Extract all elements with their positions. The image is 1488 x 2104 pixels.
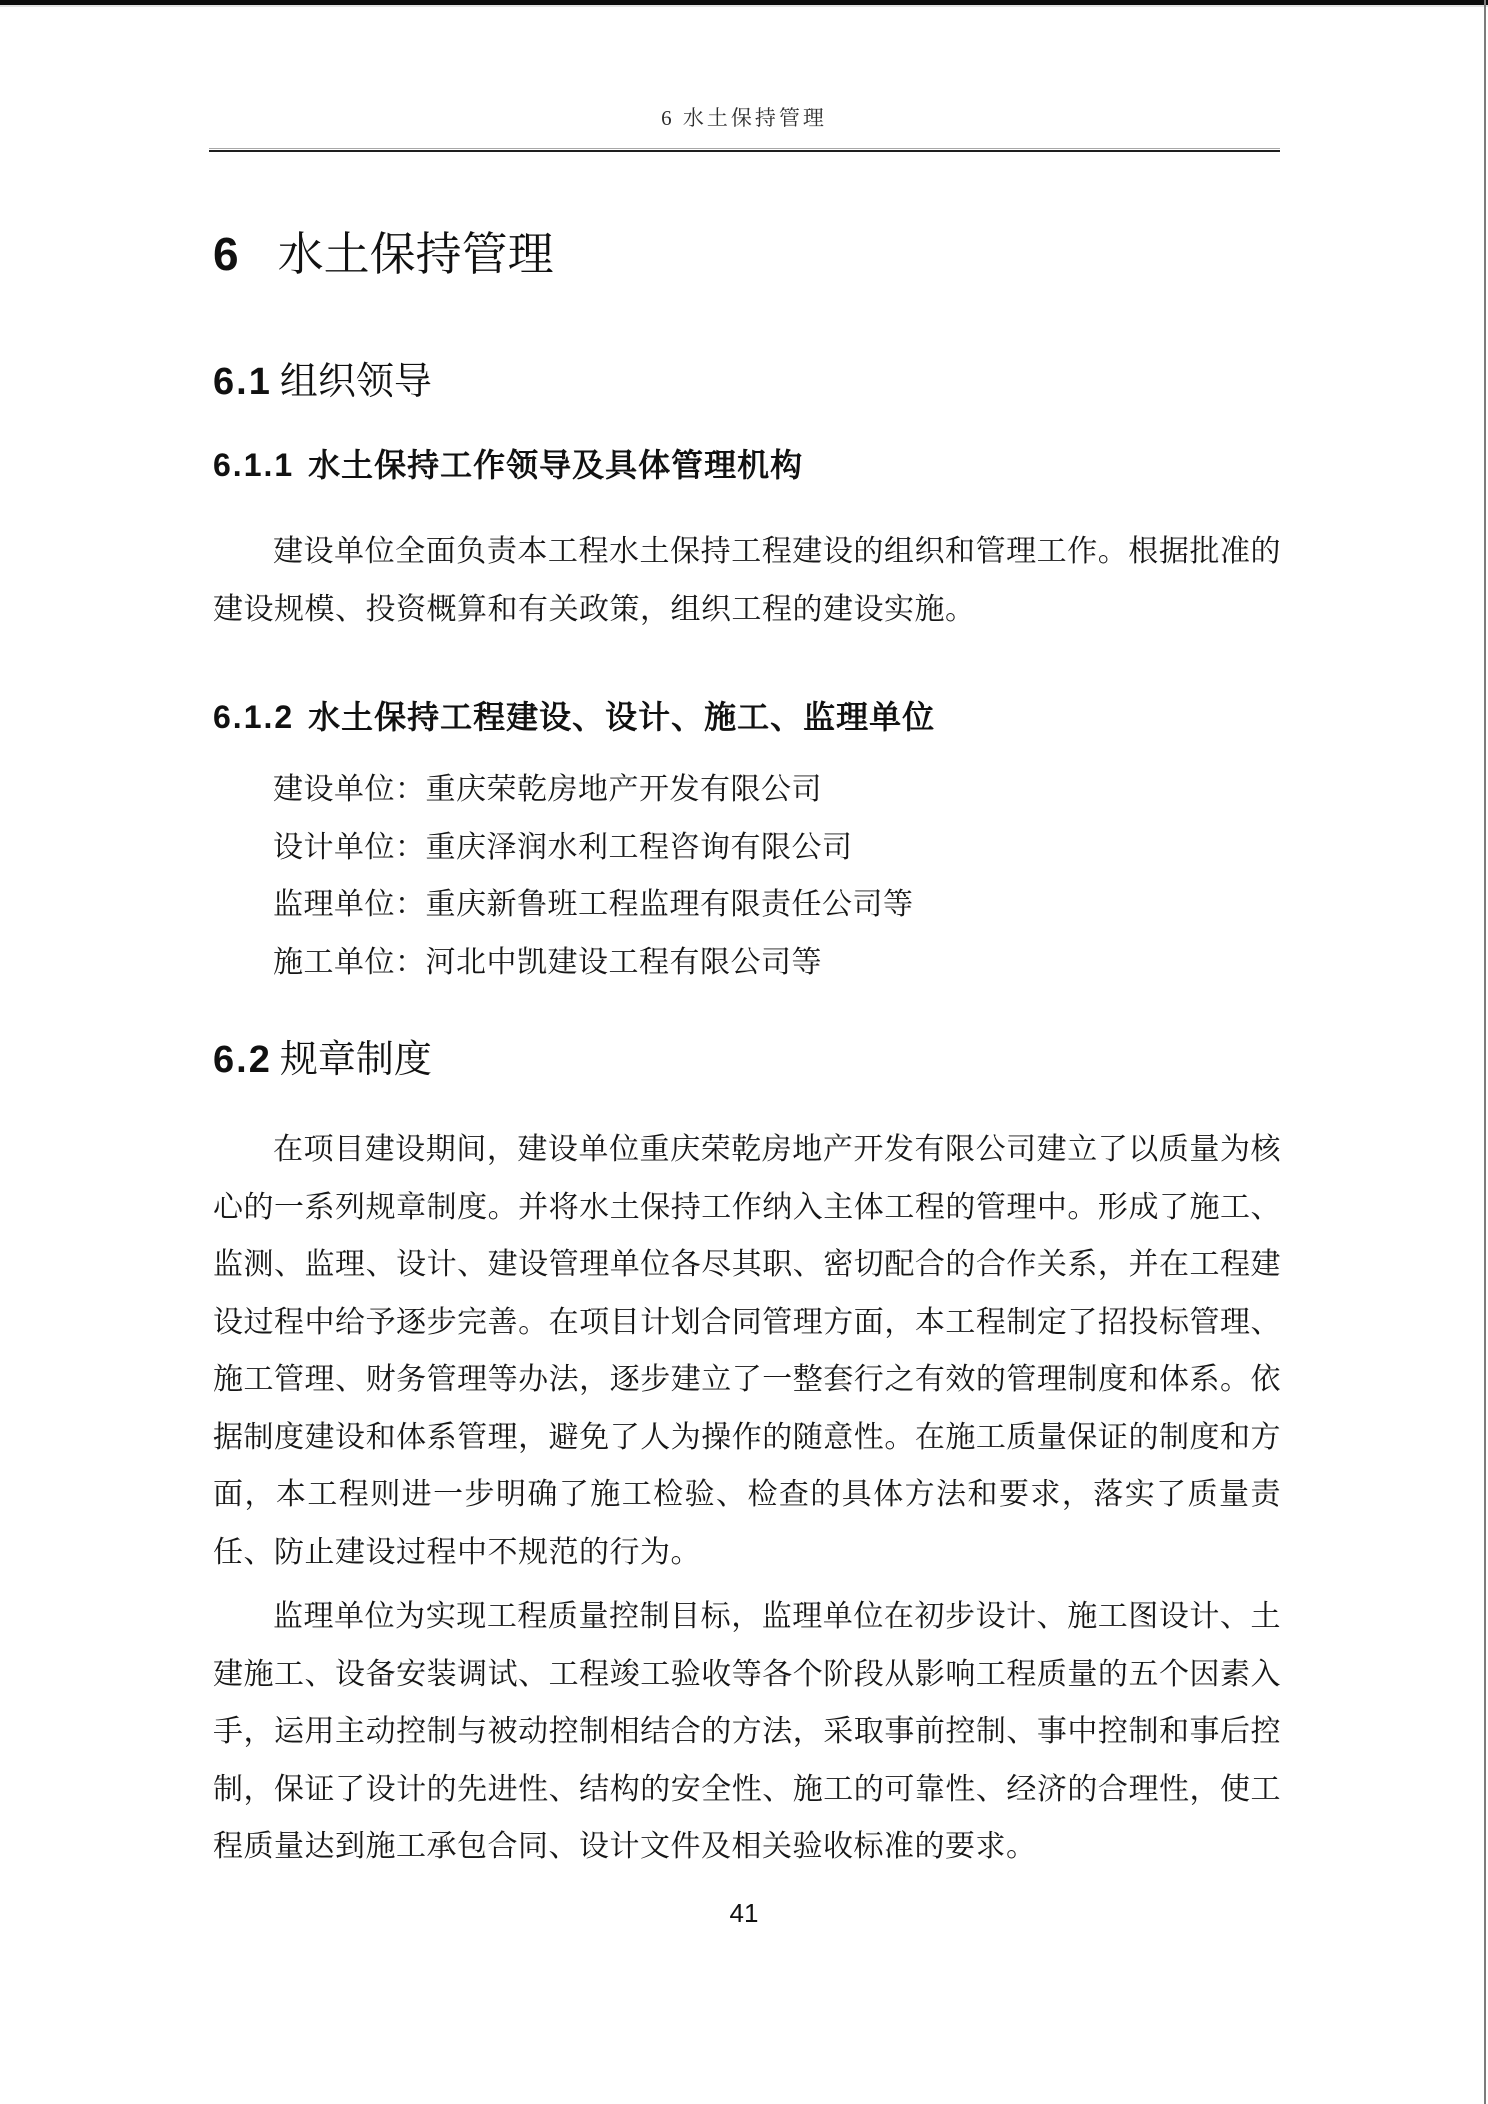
header-rule xyxy=(209,148,1280,152)
subsection-6-1-2-title-text: 水土保持工程建设、设计、施工、监理单位 xyxy=(308,699,935,735)
section-6-2-title-text: 规章制度 xyxy=(280,1039,432,1081)
document-page: 6 水土保持管理 6水土保持管理 6.1组织领导 6.1.1水土保持工作领导及具… xyxy=(0,0,1488,2104)
paragraph-6-2-first: 在项目建设期间，建设单位重庆荣乾房地产开发有限公司建立了以质量为核心的一系列规章… xyxy=(213,1121,1281,1581)
chapter-number: 6 xyxy=(213,228,240,280)
section-6-1-title-text: 组织领导 xyxy=(280,361,432,403)
list-item: 设计单位：重庆泽润水利工程咨询有限公司 xyxy=(213,819,1281,877)
subsection-6-1-1-number: 6.1.1 xyxy=(213,447,294,483)
section-heading-6-1: 6.1组织领导 xyxy=(213,358,432,406)
paragraph-6-1-1: 建设单位全面负责本工程水土保持工程建设的组织和管理工作。根据批准的建设规模、投资… xyxy=(213,523,1281,638)
paragraph-6-2-second: 监理单位为实现工程质量控制目标，监理单位在初步设计、施工图设计、土建施工、设备安… xyxy=(213,1588,1281,1876)
scan-right-edge-line xyxy=(1484,0,1486,2104)
list-item: 施工单位：河北中凯建设工程有限公司等 xyxy=(213,934,1281,992)
section-6-2-number: 6.2 xyxy=(213,1039,272,1081)
chapter-title-text: 水土保持管理 xyxy=(278,228,554,280)
chapter-title: 6水土保持管理 xyxy=(213,226,554,282)
subsection-6-1-2-number: 6.1.2 xyxy=(213,699,294,735)
list-item: 监理单位：重庆新鲁班工程监理有限责任公司等 xyxy=(213,876,1281,934)
list-item: 建设单位：重庆荣乾房地产开发有限公司 xyxy=(213,761,1281,819)
subsection-6-1-1-title-text: 水土保持工作领导及具体管理机构 xyxy=(308,447,803,483)
unit-list: 建设单位：重庆荣乾房地产开发有限公司 设计单位：重庆泽润水利工程咨询有限公司 监… xyxy=(213,761,1281,991)
subsection-heading-6-1-1: 6.1.1水土保持工作领导及具体管理机构 xyxy=(213,444,803,486)
running-head: 6 水土保持管理 xyxy=(0,102,1488,132)
page-number: 41 xyxy=(0,1898,1488,1929)
section-6-1-number: 6.1 xyxy=(213,361,272,403)
subsection-heading-6-1-2: 6.1.2水土保持工程建设、设计、施工、监理单位 xyxy=(213,696,935,738)
scan-top-bar-shadow xyxy=(0,5,1488,7)
section-heading-6-2: 6.2规章制度 xyxy=(213,1036,432,1084)
